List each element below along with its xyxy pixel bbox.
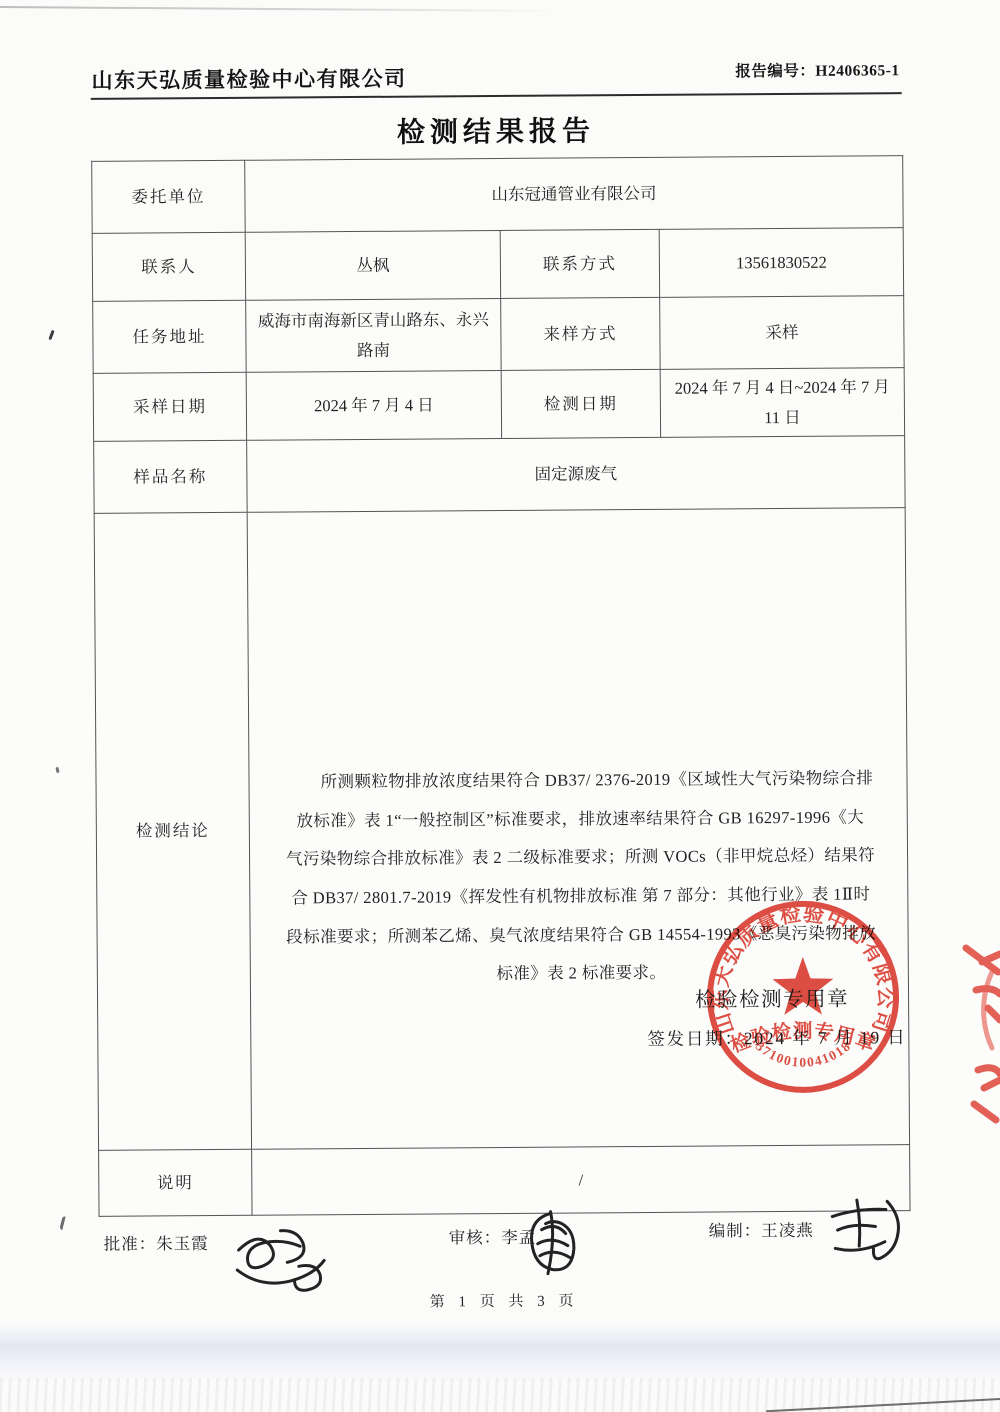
field-label-contact-method: 联系方式 bbox=[500, 229, 659, 298]
table-row: 采样日期 2024 年 7 月 4 日 检测日期 2024 年 7 月 4 日~… bbox=[93, 368, 904, 442]
report-number: 报告编号：H2406365-1 bbox=[735, 58, 899, 81]
conclusion-line: 气污染物综合排放标准》表 2 二级标准要求；所测 VOCs（非甲烷总烃）结果符 bbox=[274, 837, 887, 880]
field-value-sample-method: 采样 bbox=[660, 296, 905, 370]
table-row: 检测结论 所测颗粒物排放浓度结果符合 DB37/ 2376-2019《区域性大气… bbox=[94, 508, 909, 1151]
field-value-task-address: 威海市南海新区青山路东、永兴路南 bbox=[246, 298, 501, 372]
field-value-contact-method: 13561830522 bbox=[659, 228, 904, 298]
field-label-sample-method: 来样方式 bbox=[501, 297, 660, 370]
table-row: 说明 / bbox=[99, 1145, 910, 1217]
field-value-contact: 丛枫 bbox=[245, 230, 500, 300]
field-label-task-address: 任务地址 bbox=[93, 300, 246, 373]
report-table: 委托单位 山东冠通管业有限公司 联系人 丛枫 联系方式 13561830522 … bbox=[91, 155, 910, 1217]
conclusion-cell: 所测颗粒物排放浓度结果符合 DB37/ 2376-2019《区域性大气污染物综合… bbox=[247, 508, 909, 1150]
approver-name: 朱玉霞 bbox=[156, 1234, 209, 1253]
field-value-client: 山东冠通管业有限公司 bbox=[245, 156, 904, 233]
issue-date: 签发日期：2024 年 7 月 19 日 bbox=[647, 1022, 906, 1054]
seal-purpose-caption: 检验检测专用章 bbox=[695, 985, 849, 1016]
scan-bottom-band bbox=[0, 1322, 1000, 1384]
field-value-sampling-date: 2024 年 7 月 4 日 bbox=[246, 370, 501, 440]
scanned-content: 山东天弘质量检验中心有限公司 报告编号：H2406365-1 检测结果报告 委托… bbox=[0, 0, 1000, 1412]
compiler: 编制：王凌燕 bbox=[709, 1217, 814, 1242]
conclusion-line: 所测颗粒物排放浓度结果符合 DB37/ 2376-2019《区域性大气污染物综合… bbox=[273, 760, 886, 803]
table-row: 任务地址 威海市南海新区青山路东、永兴路南 来样方式 采样 bbox=[93, 296, 905, 374]
page-title: 检测结果报告 bbox=[0, 107, 996, 154]
table-row: 联系人 丛枫 联系方式 13561830522 bbox=[92, 228, 903, 302]
edge-seal-fragment bbox=[948, 928, 1000, 1146]
report-number-value: H2406365-1 bbox=[815, 62, 899, 80]
field-label-test-date: 检测日期 bbox=[501, 369, 660, 438]
field-label-sampling-date: 采样日期 bbox=[93, 372, 246, 441]
report-number-label: 报告编号： bbox=[735, 63, 815, 81]
field-label-contact: 联系人 bbox=[92, 232, 245, 301]
reviewer-signature bbox=[519, 1205, 580, 1279]
reviewer-label: 审核： bbox=[449, 1228, 502, 1247]
approver-label: 批准： bbox=[104, 1234, 157, 1253]
page-number: 第 1 页 共 3 页 bbox=[4, 1286, 1000, 1314]
field-value-test-date: 2024 年 7 月 4 日~2024 年 7 月 11 日 bbox=[660, 368, 905, 438]
field-label-client: 委托单位 bbox=[92, 160, 245, 233]
report-page: 山东天弘质量检验中心有限公司 报告编号：H2406365-1 检测结果报告 委托… bbox=[0, 0, 1000, 1412]
field-label-note: 说明 bbox=[99, 1149, 252, 1216]
field-value-note: / bbox=[252, 1145, 910, 1216]
compiler-label: 编制： bbox=[709, 1221, 762, 1240]
compiler-signature bbox=[818, 1187, 913, 1271]
field-label-conclusion: 检测结论 bbox=[94, 512, 251, 1150]
table-row: 样品名称 固定源废气 bbox=[94, 436, 906, 514]
table-row: 委托单位 山东冠通管业有限公司 bbox=[92, 156, 904, 234]
field-label-sample-name: 样品名称 bbox=[94, 440, 247, 513]
approver: 批准：朱玉霞 bbox=[104, 1230, 209, 1255]
field-value-sample-name: 固定源废气 bbox=[247, 436, 906, 513]
compiler-name: 王凌燕 bbox=[761, 1221, 814, 1240]
conclusion-line: 放标准》表 1“一般控制区”标准要求，排放速率结果符合 GB 16297-199… bbox=[274, 798, 887, 841]
lab-company-name: 山东天弘质量检验中心有限公司 bbox=[92, 63, 407, 95]
